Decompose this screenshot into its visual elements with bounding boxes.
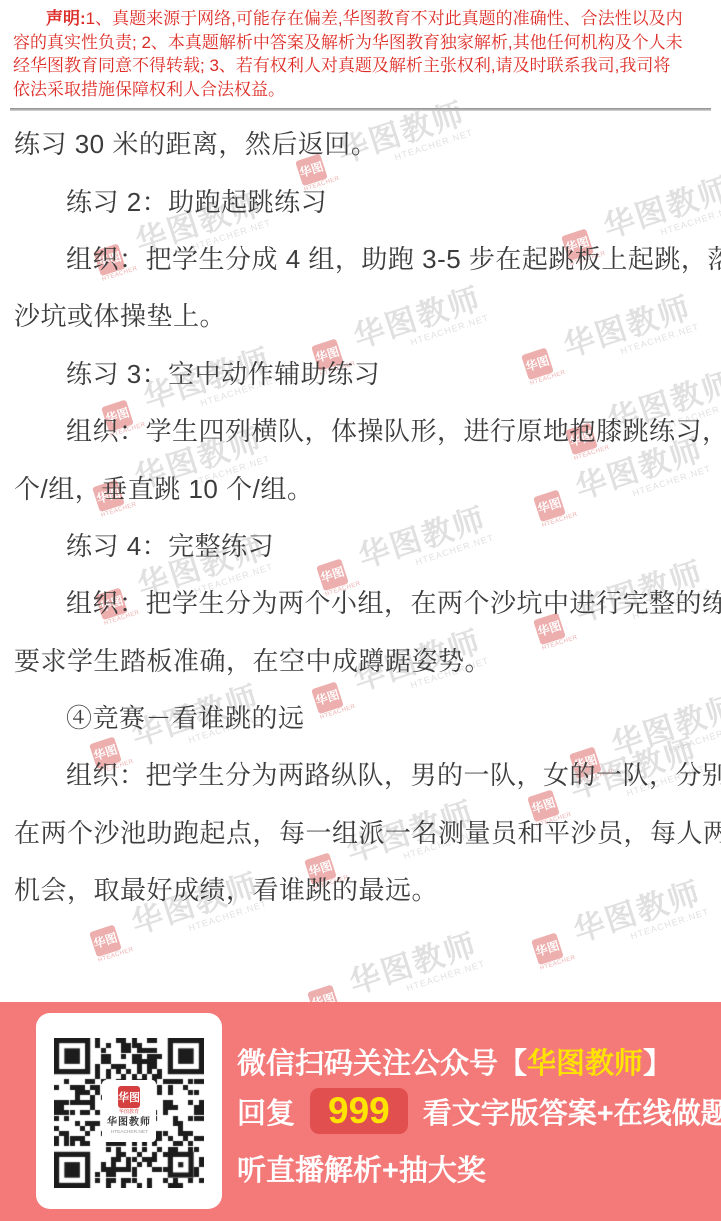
disclaimer-label: 声明:: [46, 9, 86, 28]
document-line: 个/组，垂直跳 10 个/组。: [14, 458, 715, 515]
page: 华图HTEACHER华图教师HTEACHER.NET华图HTEACHER华图教师…: [0, 0, 721, 1221]
disclaimer-line: 经华图教育同意不得转载; 3、若有权利人对真题及解析主张权利,请及时联系我司,我…: [13, 54, 712, 78]
wechat-follow-text: 微信扫码关注公众号【华图教师】: [237, 1041, 672, 1082]
reply-code-badge: 999: [310, 1088, 408, 1134]
document-line: 在两个沙池助跑起点，每一组派一名测量员和平沙员，每人两次: [14, 803, 715, 860]
qr-logo-brand: 华图教师: [107, 1116, 151, 1129]
qr-logo-subtext: 华图教育: [119, 1108, 139, 1115]
document-line: 机会，取最好成绩，看谁跳的最远。: [14, 860, 715, 917]
document-line: 练习 30 米的距离，然后返回。: [14, 114, 715, 171]
qr-logo-domain: HTEACHER.NET: [110, 1130, 147, 1136]
banner-text: 微信扫码关注公众号【华图教师】 回复999看文字版答案+在线做题估分 听直播解析…: [237, 1002, 721, 1221]
document-line: 沙坑或体操垫上。: [14, 286, 715, 343]
document-line: 练习 3：空中动作辅助练习: [14, 344, 715, 401]
content-divider: [10, 108, 711, 111]
document-line: 练习 4：完整练习: [14, 516, 715, 573]
document-line: 组织：学生四列横队，体操队形，进行原地抱膝跳练习，10: [14, 401, 715, 458]
disclaimer: 声明:1、真题来源于网络,可能存在偏差,华图教育不对此真题的准确性、合法性以及内…: [13, 7, 712, 101]
disclaimer-line: 声明:1、真题来源于网络,可能存在偏差,华图教育不对此真题的准确性、合法性以及内: [13, 7, 712, 31]
document-line: 要求学生踏板准确，在空中成蹲踞姿势。: [14, 631, 715, 688]
disclaimer-line: 容的真实性负责; 2、本真题解析中答案及解析为华图教育独家解析,其他任何机构及个…: [13, 31, 712, 55]
document-line: 组织：把学生分为两路纵队，男的一队，女的一队，分别站: [14, 745, 715, 802]
document-line: 组织：把学生分成 4 组，助跑 3-5 步在起跳板上起跳，落在: [14, 229, 715, 286]
document-line: ④竞赛－看谁跳的远: [14, 688, 715, 745]
live-analysis-text: 听直播解析+抽大奖: [237, 1148, 486, 1189]
watermark-brand: 华图教师: [346, 928, 484, 1000]
disclaimer-line: 依法采取措施保障权利人合法权益。: [13, 78, 712, 102]
huatu-logo-icon: 华图: [118, 1086, 140, 1108]
qr-card: 华图 华图教育 华图教师 HTEACHER.NET: [36, 1013, 222, 1209]
brand-highlight: 华图教师: [527, 1048, 643, 1080]
watermark-logo: 华图HTEACHER: [89, 921, 134, 964]
document-line: 组织：把学生分为两个小组，在两个沙坑中进行完整的练习，: [14, 573, 715, 630]
document-line: 练习 2：助跑起跳练习: [14, 171, 715, 228]
qr-center-logo: 华图 华图教育 华图教师 HTEACHER.NET: [102, 1080, 156, 1142]
watermark-domain: HTEACHER.NET: [405, 958, 486, 993]
reply-instruction: 回复999看文字版答案+在线做题估分: [237, 1088, 721, 1134]
promo-banner[interactable]: 华图 华图教育 华图教师 HTEACHER.NET 微信扫码关注公众号【华图教师…: [0, 1002, 721, 1221]
document-body: 练习 30 米的距离，然后返回。练习 2：助跑起跳练习组织：把学生分成 4 组，…: [14, 114, 715, 917]
watermark-logo: 华图HTEACHER: [531, 929, 576, 972]
